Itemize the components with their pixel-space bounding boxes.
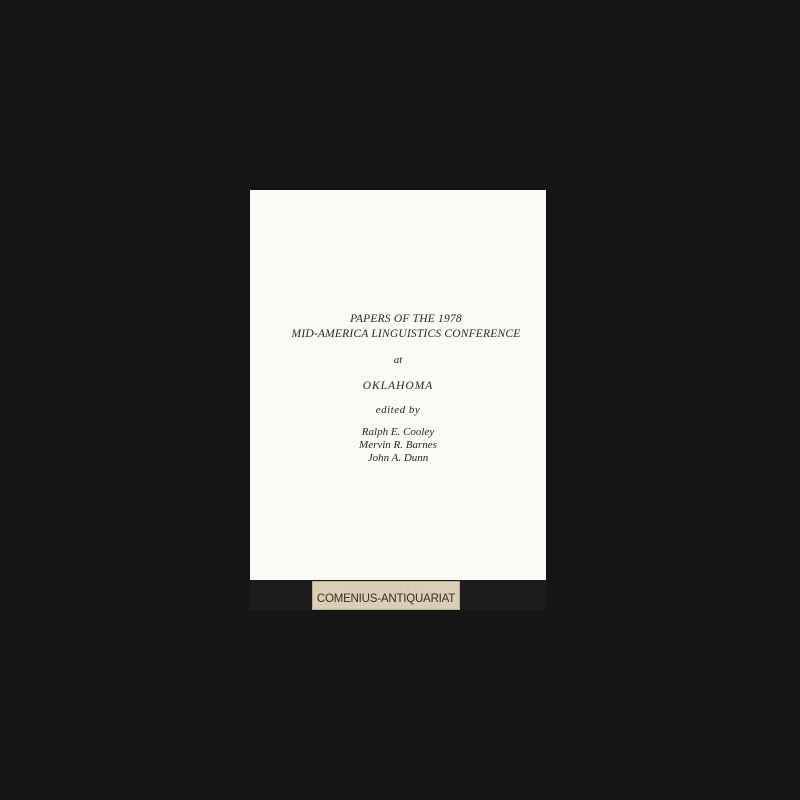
editors-list: Ralph E. Cooley Mervin R. Barnes John A.… xyxy=(250,426,546,465)
editor-name: Mervin R. Barnes xyxy=(250,439,546,452)
at-text: at xyxy=(250,354,546,366)
title-line-2: MID-AMERICA LINGUISTICS CONFERENCE xyxy=(250,327,546,342)
cover-text: PAPERS OF THE 1978 MID-AMERICA LINGUISTI… xyxy=(250,312,546,465)
seller-label: · · · · · · · · · · · COMENIUS-ANTIQUARI… xyxy=(312,581,460,610)
editor-name: Ralph E. Cooley xyxy=(250,426,546,439)
location: OKLAHOMA xyxy=(250,380,546,392)
edited-by: edited by xyxy=(250,404,546,416)
editor-name: John A. Dunn xyxy=(250,452,546,465)
label-top-text: · · · · · · · · · · · xyxy=(313,583,459,592)
title-line-1: PAPERS OF THE 1978 xyxy=(250,312,546,327)
seller-name: COMENIUS-ANTIQUARIAT xyxy=(313,592,459,606)
